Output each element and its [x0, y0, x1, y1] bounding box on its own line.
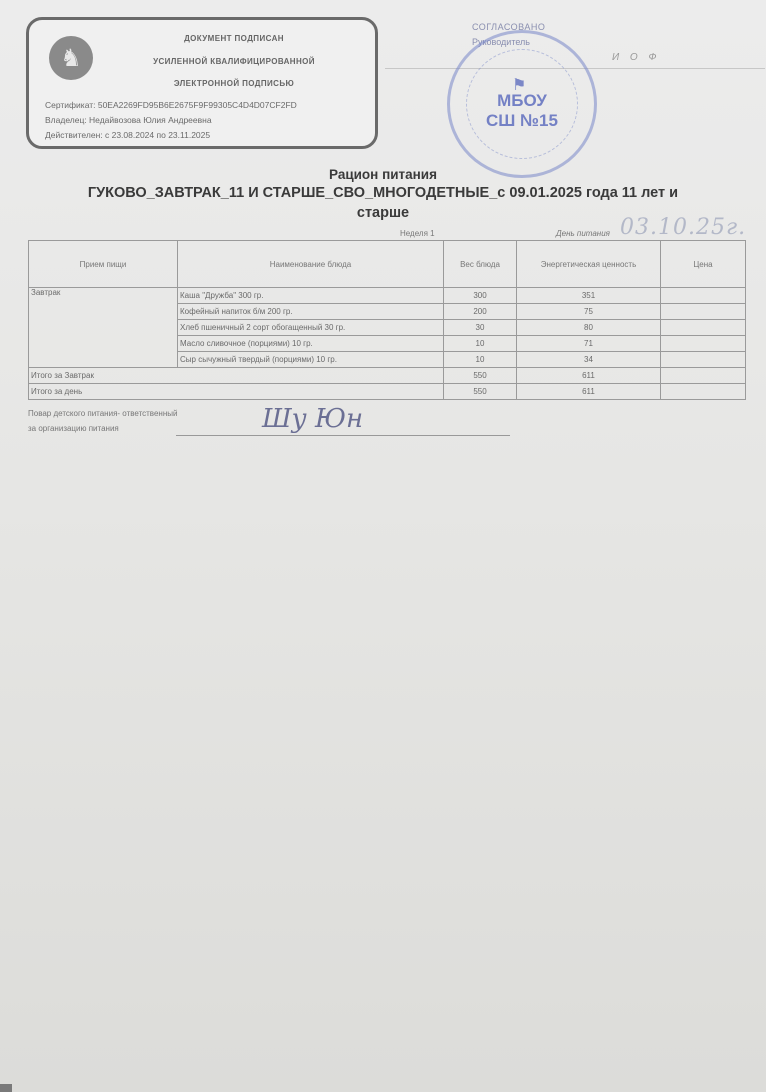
cook-signature-line [176, 435, 510, 436]
total-price [661, 384, 746, 400]
page-title: Рацион питания [0, 167, 766, 182]
energy-cell: 71 [517, 336, 661, 352]
table-header-row: Прием пищи Наименование блюда Вес блюда … [29, 241, 746, 288]
dish-cell: Кофейный напиток б/м 200 гр. [178, 304, 444, 320]
dish-cell: Хлеб пшеничный 2 сорт обогащенный 30 гр. [178, 320, 444, 336]
meal-cell: Завтрак [29, 288, 178, 368]
certificate-validity: Действителен: с 23.08.2024 по 23.11.2025 [45, 130, 210, 140]
dish-cell: Сыр сычужный твердый (порциями) 10 гр. [178, 352, 444, 368]
coat-of-arms-icon: ♞ [49, 36, 93, 80]
price-cell [661, 352, 746, 368]
weight-cell: 10 [444, 336, 517, 352]
cook-label-line2: за организацию питания [28, 424, 119, 433]
price-cell [661, 336, 746, 352]
photo-corner [0, 1084, 12, 1092]
price-cell [661, 288, 746, 304]
signature-line-2: УСИЛЕННОЙ КВАЛИФИЦИРОВАННОЙ [99, 57, 369, 66]
total-weight: 550 [444, 384, 517, 400]
total-row: Итого за Завтрак 550 611 [29, 368, 746, 384]
energy-cell: 80 [517, 320, 661, 336]
cook-label-line1: Повар детского питания- ответственный [28, 409, 177, 418]
total-row: Итого за день 550 611 [29, 384, 746, 400]
total-energy: 611 [517, 384, 661, 400]
signature-line-1: ДОКУМЕНТ ПОДПИСАН [99, 34, 369, 43]
total-weight: 550 [444, 368, 517, 384]
total-energy: 611 [517, 368, 661, 384]
total-price [661, 368, 746, 384]
energy-cell: 351 [517, 288, 661, 304]
energy-cell: 75 [517, 304, 661, 320]
cook-signature-handwritten: Шу Юн [262, 404, 363, 434]
column-header-weight: Вес блюда [444, 241, 517, 288]
dish-cell: Каша "Дружба" 300 гр. [178, 288, 444, 304]
certificate-number: Сертификат: 50EA2269FD95B6E2675F9F99305C… [45, 100, 297, 110]
price-cell [661, 320, 746, 336]
column-header-meal: Прием пищи [29, 241, 178, 288]
day-value-handwritten: 03.10.25г. [620, 215, 746, 240]
weight-cell: 30 [444, 320, 517, 336]
column-header-price: Цена [661, 241, 746, 288]
menu-table: Прием пищи Наименование блюда Вес блюда … [28, 240, 746, 400]
price-cell [661, 304, 746, 320]
signature-line-3: ЭЛЕКТРОННОЙ ПОДПИСЬЮ [99, 79, 369, 88]
dish-cell: Масло сливочное (порциями) 10 гр. [178, 336, 444, 352]
day-label: День питания [556, 229, 610, 238]
stamp-text-line1: МБОУ [450, 91, 594, 110]
column-header-dish: Наименование блюда [178, 241, 444, 288]
weight-cell: 200 [444, 304, 517, 320]
energy-cell: 34 [517, 352, 661, 368]
weight-cell: 300 [444, 288, 517, 304]
stamp-text-line2: СШ №15 [450, 111, 594, 130]
flag-icon: ⚑ [512, 75, 526, 95]
approval-initials: И О Ф [612, 52, 660, 63]
certificate-owner: Владелец: Недайвозова Юлия Андреевна [45, 115, 212, 125]
column-header-energy: Энергетическая ценность [517, 241, 661, 288]
total-label: Итого за день [29, 384, 444, 400]
table-row: Завтрак Каша "Дружба" 300 гр. 300 351 [29, 288, 746, 304]
electronic-signature-block: ♞ ДОКУМЕНТ ПОДПИСАН УСИЛЕННОЙ КВАЛИФИЦИР… [26, 17, 378, 149]
weight-cell: 10 [444, 352, 517, 368]
school-stamp: ⚑ МБОУ СШ №15 [447, 30, 597, 178]
menu-subtitle-line1: ГУКОВО_ЗАВТРАК_11 И СТАРШЕ_СВО_МНОГОДЕТН… [0, 185, 766, 201]
week-label: Неделя 1 [400, 229, 435, 238]
total-label: Итого за Завтрак [29, 368, 444, 384]
